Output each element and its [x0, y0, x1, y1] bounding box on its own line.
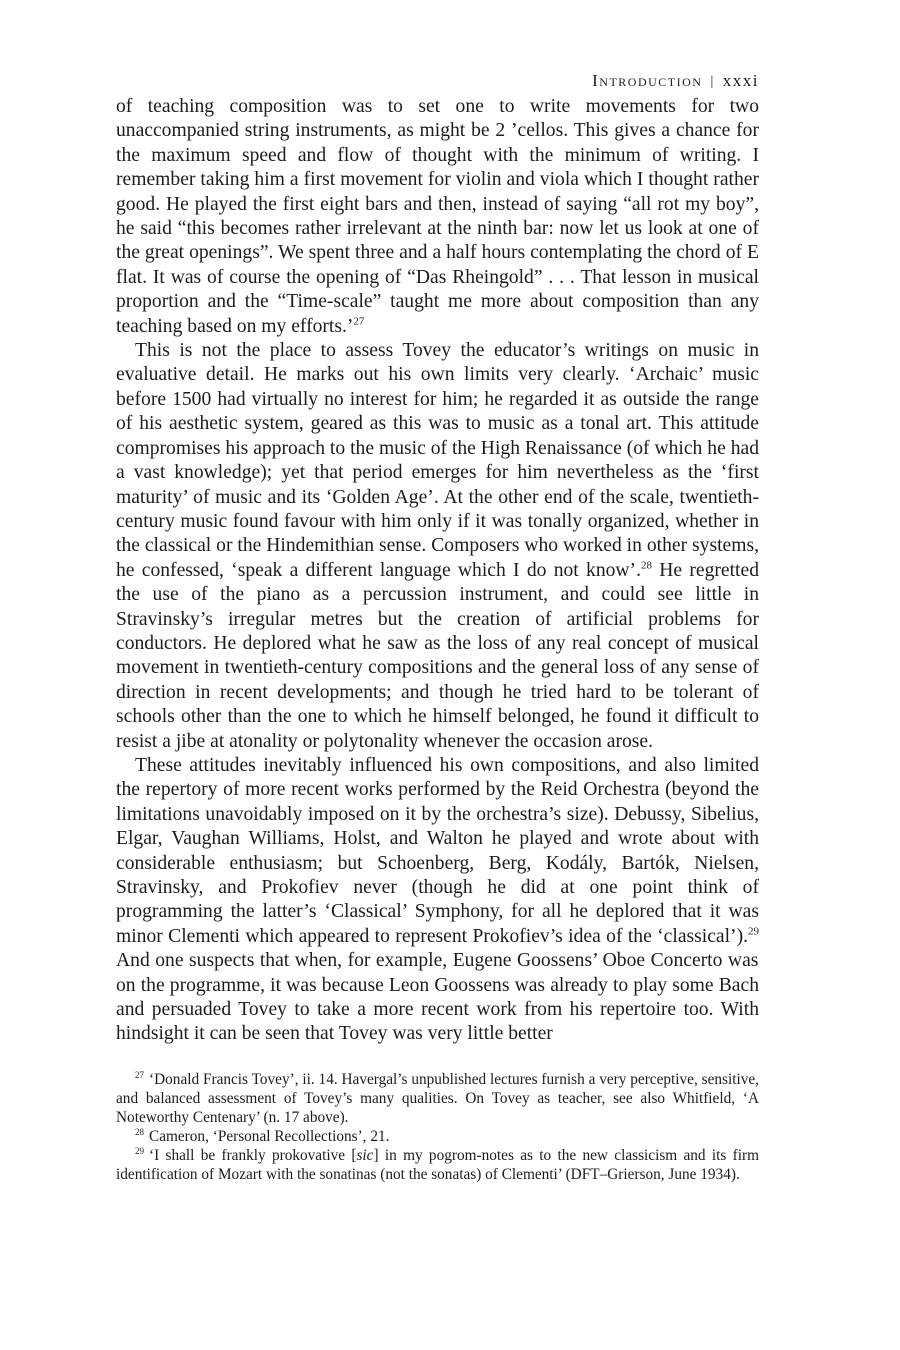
- paragraph-text: of teaching composition was to set one t…: [116, 96, 759, 337]
- footnote-number: 27: [135, 1070, 144, 1080]
- body-text: of teaching composition was to set one t…: [116, 95, 759, 1047]
- footnote-28: 28Cameron, ‘Personal Recollections’, 21.: [116, 1127, 759, 1146]
- footnotes: 27‘Donald Francis Tovey’, ii. 14. Haverg…: [116, 1070, 759, 1184]
- running-head: Introduction|xxxi: [116, 70, 759, 92]
- footnote-text: Cameron, ‘Personal Recollections’, 21.: [149, 1128, 389, 1145]
- running-head-separator: |: [710, 74, 714, 89]
- footnote-ref-29[interactable]: 29: [748, 925, 759, 937]
- footnote-27: 27‘Donald Francis Tovey’, ii. 14. Haverg…: [116, 1070, 759, 1127]
- book-page: Introduction|xxxi of teaching compositio…: [116, 70, 759, 1184]
- paragraph-3: These attitudes inevitably influenced hi…: [116, 754, 759, 1047]
- page-number: xxxi: [723, 71, 759, 90]
- paragraph-text-continued: And one suspects that when, for example,…: [116, 950, 759, 1044]
- running-head-section: Introduction: [592, 71, 702, 90]
- paragraph-text-continued: He regretted the use of the piano as a p…: [116, 560, 759, 752]
- paragraph-1: of teaching composition was to set one t…: [116, 95, 759, 339]
- paragraph-2: This is not the place to assess Tovey th…: [116, 339, 759, 754]
- footnote-number: 28: [135, 1127, 144, 1137]
- footnote-ref-28[interactable]: 28: [641, 559, 652, 571]
- footnote-29: 29‘I shall be frankly prokovative [sic] …: [116, 1146, 759, 1184]
- paragraph-text: This is not the place to assess Tovey th…: [116, 340, 759, 581]
- footnote-number: 29: [135, 1146, 144, 1156]
- footnote-text: ‘I shall be frankly prokovative [: [149, 1147, 356, 1164]
- paragraph-text: These attitudes inevitably influenced hi…: [116, 755, 759, 947]
- footnote-sic: sic: [356, 1147, 373, 1164]
- footnote-ref-27[interactable]: 27: [353, 315, 364, 327]
- footnote-text: ‘Donald Francis Tovey’, ii. 14. Havergal…: [116, 1071, 759, 1126]
